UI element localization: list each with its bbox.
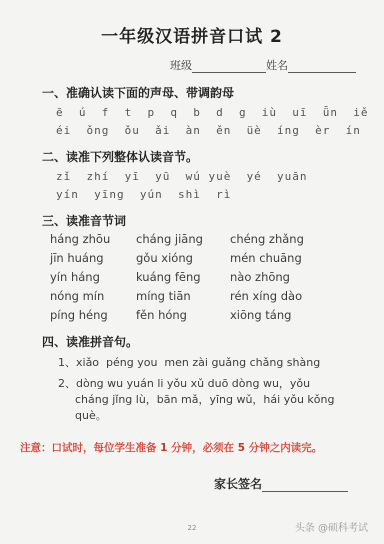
section-1: 一、准确认读下面的声母、带调韵母 ē ú f t p q b d g iù uī… [42,84,364,137]
word-cell: jīn huáng [50,251,136,265]
word-cell: háng zhōu [50,232,136,246]
name-label: 姓名 [266,59,288,72]
section-2-heading: 二、读准下列整体认读音节。 [42,148,364,165]
watermark: 头条 @硕科考试 [295,519,368,534]
section-4-heading: 四、读准拼音句。 [42,333,364,350]
section-2-line-1: zǐ zhí yī yū wú yuè yé yuān [56,170,364,183]
word-cell: rén xíng dào [230,289,350,303]
word-cell: píng héng [50,308,136,322]
name-blank-line [288,61,356,73]
word-cell: nóng mín [50,289,136,303]
parent-signature-label: 家长签名 [214,477,262,491]
word-cell: xiōng táng [230,308,350,322]
pinyin-sentence-2: 2、dòng wu yuán li yǒu xǔ duō dòng wu，yǒu… [58,376,354,424]
note-text: 注意：口试时，每位学生准备 [20,442,160,454]
syllable-word-grid: háng zhōu cháng jiāng chéng zhǎng jīn hu… [50,232,364,322]
section-4: 四、读准拼音句。 1、xiǎo péng you men zài guǎng c… [42,333,364,424]
word-cell: yín háng [50,270,136,284]
section-3-heading: 三、读准音节词 [42,212,364,229]
word-cell: chéng zhǎng [230,232,350,246]
page-title: 一年级汉语拼音口试 2 [0,0,384,47]
note-text: 分钟之内读完。 [245,442,322,454]
class-name-row: 班级姓名 [170,57,384,73]
worksheet-page: 一年级汉语拼音口试 2 班级姓名 一、准确认读下面的声母、带调韵母 ē ú f … [0,0,384,544]
exam-note: 注意：口试时，每位学生准备 1 分钟，必须在 5 分钟之内读完。 [20,440,364,455]
class-label: 班级 [170,59,192,72]
note-minutes-limit: 5 [238,442,245,454]
class-blank-line [192,61,266,73]
parent-signature-row: 家长签名 [214,475,384,492]
note-text: 分钟，必须在 [167,442,237,454]
word-cell: mén chuāng [230,251,350,265]
word-cell: nào zhōng [230,270,350,284]
word-cell: fěn hóng [136,308,230,322]
section-2-line-2: yín yīng yún shì rì [56,188,364,201]
section-1-line-2: éi ǒng ǒu ǎi àn ěn üè íng èr ín [56,124,364,137]
parent-signature-blank-line [262,480,348,492]
section-2: 二、读准下列整体认读音节。 zǐ zhí yī yū wú yuè yé yuā… [42,148,364,201]
section-1-line-1: ē ú f t p q b d g iù uī ǖn iě [56,106,364,119]
pinyin-sentence-1: 1、xiǎo péng you men zài guǎng chǎng shàn… [58,355,354,371]
word-cell: cháng jiāng [136,232,230,246]
word-cell: míng tiān [136,289,230,303]
word-cell: kuáng fēng [136,270,230,284]
section-3: 三、读准音节词 háng zhōu cháng jiāng chéng zhǎn… [42,212,364,322]
word-cell: gǒu xióng [136,251,230,265]
section-1-heading: 一、准确认读下面的声母、带调韵母 [42,84,364,101]
